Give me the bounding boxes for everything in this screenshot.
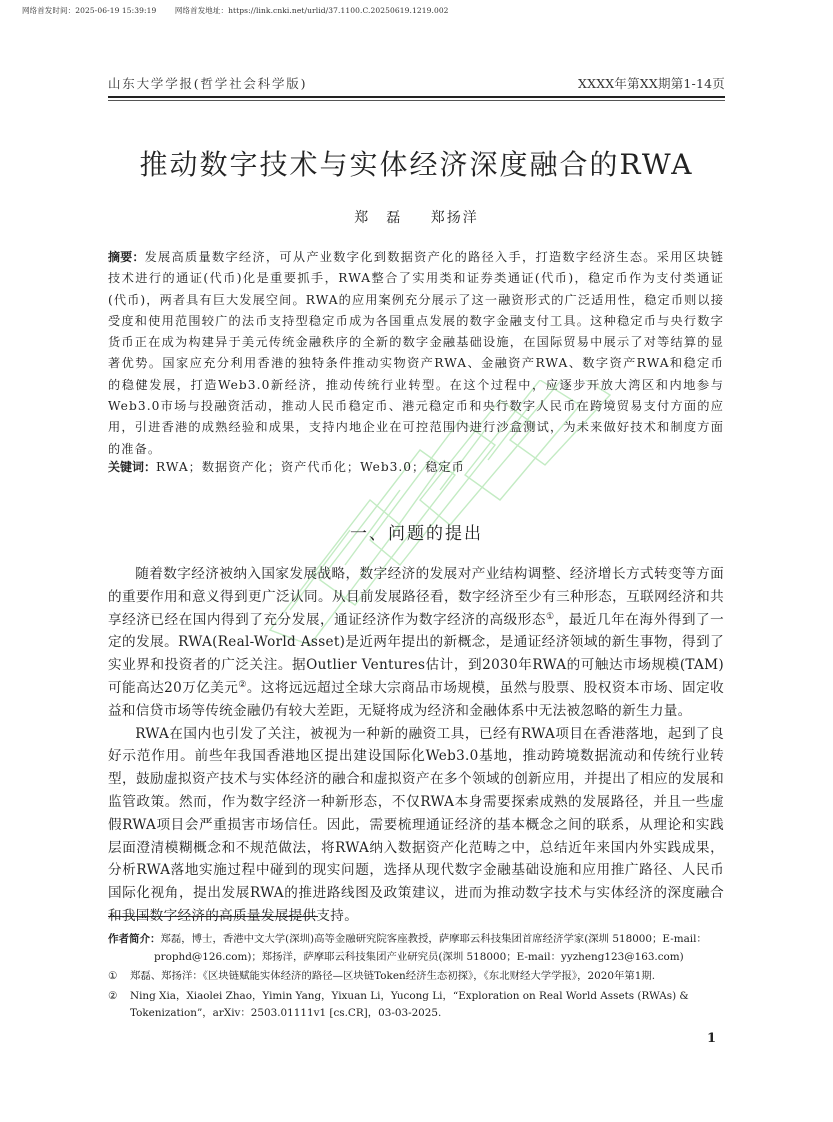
footnote-item: ① 郑磊、郑扬洋：《区块链赋能实体经济的路径—区块链Token经济生态初探》，《…: [108, 968, 728, 986]
footnote-mark: ①: [108, 968, 130, 986]
author-bio-line: prophd@126.com)；郑扬洋，萨摩耶云科技集团产业研究员(深圳 518…: [108, 949, 728, 967]
page-number: 1: [707, 1031, 716, 1046]
journal-name: 山东大学学报(哲学社会科学版): [108, 74, 307, 92]
keywords-text: RWA；数据资产化；资产代币化；Web3.0；稳定币: [156, 460, 465, 474]
abstract-label: 摘要：: [108, 250, 145, 264]
footnotes: 作者简介：郑磊，博士，香港中文大学(深圳)高等金融研究院客座教授，萨摩耶云科技集…: [108, 931, 728, 1023]
author-name: 郑 磊: [354, 210, 402, 226]
footnote-separator: [108, 916, 318, 917]
author-name: 郑扬洋: [431, 210, 479, 226]
footnote-ref-2[interactable]: ②: [238, 680, 247, 690]
author-bio-label: 作者简介：: [108, 933, 161, 945]
author-bio-line: 郑磊，博士，香港中文大学(深圳)高等金融研究院客座教授，萨摩耶云科技集团首席经济…: [161, 933, 707, 945]
header-rule-thin: [108, 100, 725, 101]
author-bio: 作者简介：郑磊，博士，香港中文大学(深圳)高等金融研究院客座教授，萨摩耶云科技集…: [108, 931, 728, 966]
section-heading: 一、问题的提出: [0, 519, 833, 544]
abstract: 摘要：发展高质量数字经济，可从产业数字化到数据资产化的路径入手，打造数字经济生态…: [108, 247, 724, 460]
publication-stamp: 网络首发时间：2025-06-19 15:39:19 网络首发地址：https:…: [22, 5, 449, 16]
author-list: 郑 磊 郑扬洋: [0, 207, 833, 227]
abstract-text: 发展高质量数字经济，可从产业数字化到数据资产化的路径入手，打造数字经济生态。采用…: [108, 250, 724, 456]
paragraph: RWA在国内也引发了关注，被视为一种新的融资工具，已经有RWA项目在香港落地，起…: [108, 723, 724, 928]
first-published-time: 网络首发时间：2025-06-19 15:39:19: [22, 6, 156, 15]
issue-info: XXXX年第XX期第1-14页: [578, 74, 725, 92]
header-rule-thick: [108, 96, 725, 98]
running-head: 山东大学学报(哲学社会科学版) XXXX年第XX期第1-14页: [108, 76, 725, 92]
article-title: 推动数字技术与实体经济深度融合的RWA: [0, 143, 833, 183]
keywords-label: 关键词：: [108, 460, 156, 474]
footnote-item: ② Ning Xia，Xiaolei Zhao，Yimin Yang，Yixua…: [108, 988, 728, 1023]
paragraph: 随着数字经济被纳入国家发展战略，数字经济的发展对产业结构调整、经济增长方式转变等…: [108, 563, 724, 723]
keywords: 关键词：RWA；数据资产化；资产代币化；Web3.0；稳定币: [108, 457, 724, 477]
footnote-mark: ②: [108, 988, 130, 1023]
footnote-text: 郑磊、郑扬洋：《区块链赋能实体经济的路径—区块链Token经济生态初探》，《东北…: [130, 968, 728, 986]
footnote-text: Ning Xia，Xiaolei Zhao，Yimin Yang，Yixuan …: [130, 988, 728, 1023]
body-text: 随着数字经济被纳入国家发展战略，数字经济的发展对产业结构调整、经济增长方式转变等…: [108, 563, 724, 928]
first-published-url: 网络首发地址：https://link.cnki.net/urlid/37.11…: [175, 6, 449, 15]
footnote-ref-1[interactable]: ①: [546, 612, 555, 622]
